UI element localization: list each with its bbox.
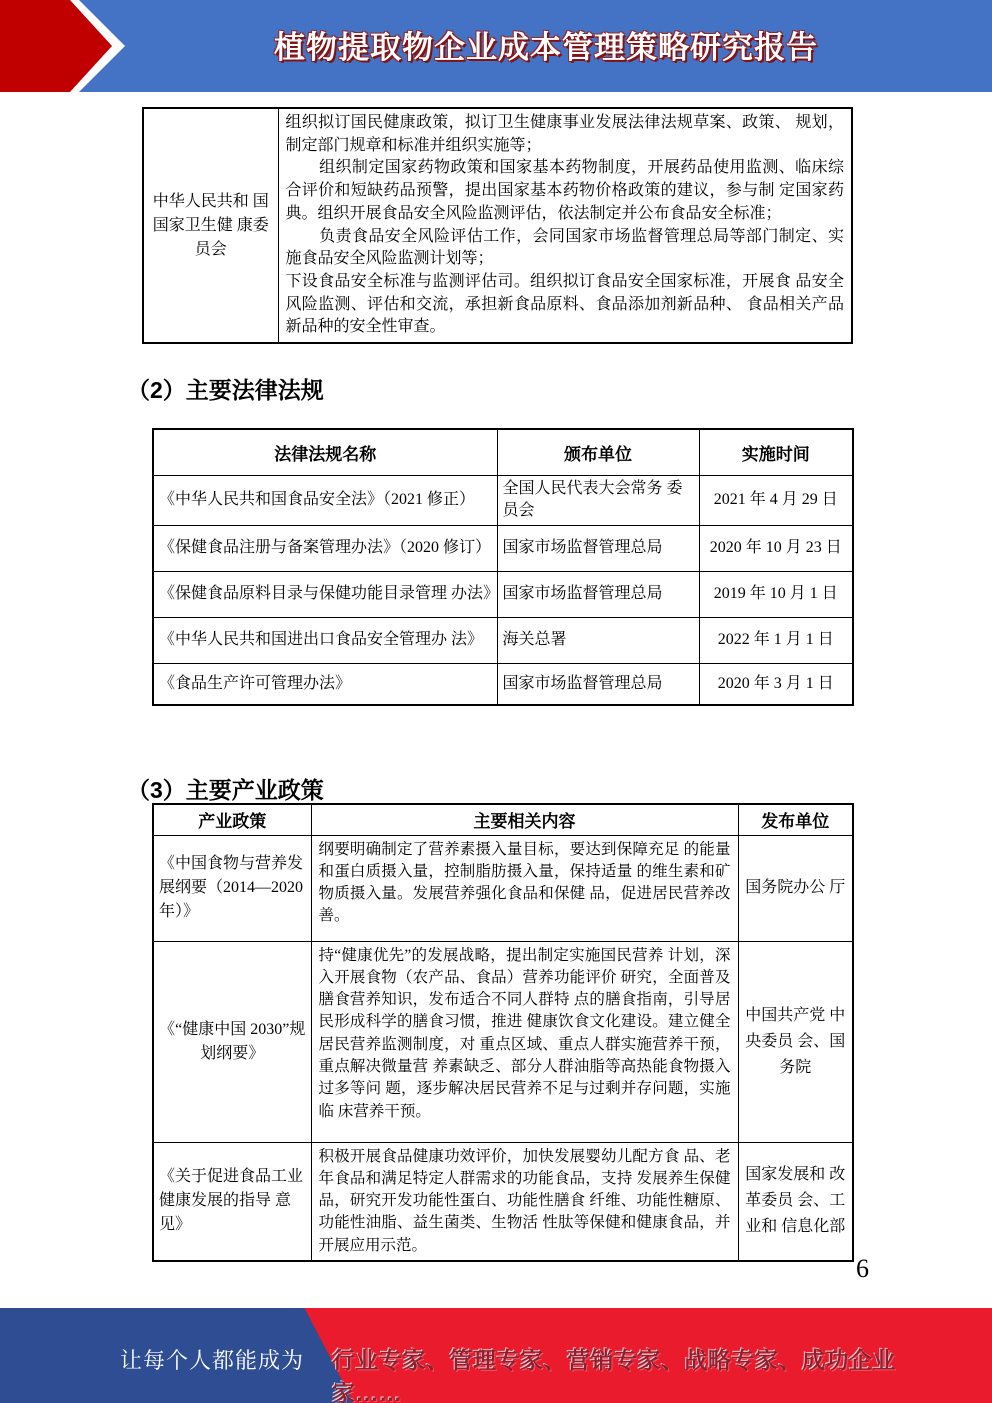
law-name-header: 法律法规名称 bbox=[153, 429, 497, 475]
policy-name-cell: 《关于促进食品工业健康发展的指导 意见》 bbox=[153, 1142, 311, 1261]
policy-publisher-header: 发布单位 bbox=[738, 804, 853, 835]
law-issuer-cell: 全国人民代表大会常务 委员会 bbox=[497, 475, 699, 525]
policy-name-cell: 《“健康中国 2030”规划纲要》 bbox=[153, 941, 311, 1142]
policy-name-cell: 《中国食物与营养发展纲要（2014—2020 年）》 bbox=[153, 835, 311, 941]
report-page: 植物提取物企业成本管理策略研究报告 中华人民共和 国国家卫生健 康委员会 组织拟… bbox=[0, 0, 992, 1403]
policy-publisher-cell: 国务院办公 厅 bbox=[738, 835, 853, 941]
red-arrow-icon bbox=[0, 0, 130, 92]
law-issuer-cell: 国家市场监督管理总局 bbox=[497, 663, 699, 705]
section2-heading: （2）主要法律法规 bbox=[127, 372, 324, 405]
policy-publisher-cell: 国家发展和 改革委员 会、工业和 信息化部 bbox=[738, 1142, 853, 1261]
agency-paragraph: 组织拟订国民健康政策，拟订卫生健康事业发展法律法规草案、政策、 规划，制定部门规… bbox=[286, 112, 845, 157]
law-issuer-cell: 国家市场监督管理总局 bbox=[497, 525, 699, 571]
agency-paragraph: 负责食品安全风险评估工作，会同国家市场监督管理总局等部门制定、实施食品安全风险监… bbox=[286, 226, 845, 271]
agency-detail-cell: 组织拟订国民健康政策，拟订卫生健康事业发展法律法规草案、政策、 规划，制定部门规… bbox=[278, 108, 852, 343]
table-row: 《中国食物与营养发展纲要（2014—2020 年）》 纲要明确制定了营养素摄入量… bbox=[153, 835, 853, 941]
policy-content-cell: 积极开展食品健康功效评价，加快发展婴幼儿配方食 品、老年食品和满足特定人群需求的… bbox=[311, 1142, 738, 1261]
section3-heading: （3）主要产业政策 bbox=[127, 772, 324, 805]
footer-banner: 让每个人都能成为 行业专家、管理专家、营销专家、战略专家、成功企业家…… bbox=[0, 1308, 992, 1403]
table-row: 《关于促进食品工业健康发展的指导 意见》 积极开展食品健康功效评价，加快发展婴幼… bbox=[153, 1142, 853, 1261]
agency-name-cell: 中华人民共和 国国家卫生健 康委员会 bbox=[143, 108, 278, 343]
law-name-cell: 《中华人民共和国食品安全法》（2021 修正） bbox=[153, 475, 497, 525]
page-number: 6 bbox=[856, 1254, 869, 1284]
law-issuer-cell: 国家市场监督管理总局 bbox=[497, 571, 699, 617]
law-name-cell: 《保健食品原料目录与保健功能目录管理 办法》 bbox=[153, 571, 497, 617]
law-date-cell: 2019 年 10 月 1 日 bbox=[699, 571, 853, 617]
footer-slogan-right: 行业专家、管理专家、营销专家、战略专家、成功企业家…… bbox=[332, 1342, 952, 1403]
table-row: 《保健食品原料目录与保健功能目录管理 办法》 国家市场监督管理总局 2019 年… bbox=[153, 571, 853, 617]
law-name-cell: 《食品生产许可管理办法》 bbox=[153, 663, 497, 705]
table-row: 《中华人民共和国食品安全法》（2021 修正） 全国人民代表大会常务 委员会 2… bbox=[153, 475, 853, 525]
law-issuer-cell: 海关总署 bbox=[497, 617, 699, 663]
law-name-cell: 《中华人民共和国进出口食品安全管理办 法》 bbox=[153, 617, 497, 663]
agency-paragraph: 下设食品安全标准与监测评估司。组织拟订食品安全国家标准，开展食 品安全风险监测、… bbox=[286, 271, 845, 339]
policy-publisher-cell: 中国共产党 中央委员 会、国务院 bbox=[738, 941, 853, 1142]
law-date-cell: 2022 年 1 月 1 日 bbox=[699, 617, 853, 663]
policies-table: 产业政策 主要相关内容 发布单位 《中国食物与营养发展纲要（2014—2020 … bbox=[152, 803, 854, 1262]
law-issuer-header: 颁布单位 bbox=[497, 429, 699, 475]
policy-name-header: 产业政策 bbox=[153, 804, 311, 835]
laws-table: 法律法规名称 颁布单位 实施时间 《中华人民共和国食品安全法》（2021 修正）… bbox=[152, 428, 854, 706]
law-date-cell: 2021 年 4 月 29 日 bbox=[699, 475, 853, 525]
law-name-cell: 《保健食品注册与备案管理办法》（2020 修订） bbox=[153, 525, 497, 571]
law-date-cell: 2020 年 3 月 1 日 bbox=[699, 663, 853, 705]
policy-content-cell: 纲要明确制定了营养素摄入量目标，要达到保障充足 的能量和蛋白质摄入量，控制脂肪摄… bbox=[311, 835, 738, 941]
table-header-row: 法律法规名称 颁布单位 实施时间 bbox=[153, 429, 853, 475]
footer-slogan-left: 让每个人都能成为 bbox=[120, 1344, 304, 1375]
report-title: 植物提取物企业成本管理策略研究报告 bbox=[130, 22, 962, 67]
table-row: 中华人民共和 国国家卫生健 康委员会 组织拟订国民健康政策，拟订卫生健康事业发展… bbox=[143, 108, 852, 343]
law-date-header: 实施时间 bbox=[699, 429, 853, 475]
agency-table: 中华人民共和 国国家卫生健 康委员会 组织拟订国民健康政策，拟订卫生健康事业发展… bbox=[142, 107, 853, 344]
law-date-cell: 2020 年 10 月 23 日 bbox=[699, 525, 853, 571]
table-header-row: 产业政策 主要相关内容 发布单位 bbox=[153, 804, 853, 835]
agency-paragraph: 组织制定国家药物政策和国家基本药物制度，开展药品使用监测、临床综合评价和短缺药品… bbox=[286, 157, 845, 225]
policy-content-cell: 持“健康优先”的发展战略，提出制定实施国民营养 计划，深入开展食物（农产品、食品… bbox=[311, 941, 738, 1142]
table-row: 《保健食品注册与备案管理办法》（2020 修订） 国家市场监督管理总局 2020… bbox=[153, 525, 853, 571]
table-row: 《中华人民共和国进出口食品安全管理办 法》 海关总署 2022 年 1 月 1 … bbox=[153, 617, 853, 663]
policy-content-header: 主要相关内容 bbox=[311, 804, 738, 835]
header-banner: 植物提取物企业成本管理策略研究报告 bbox=[0, 0, 992, 92]
table-row: 《食品生产许可管理办法》 国家市场监督管理总局 2020 年 3 月 1 日 bbox=[153, 663, 853, 705]
table-row: 《“健康中国 2030”规划纲要》 持“健康优先”的发展战略，提出制定实施国民营… bbox=[153, 941, 853, 1142]
